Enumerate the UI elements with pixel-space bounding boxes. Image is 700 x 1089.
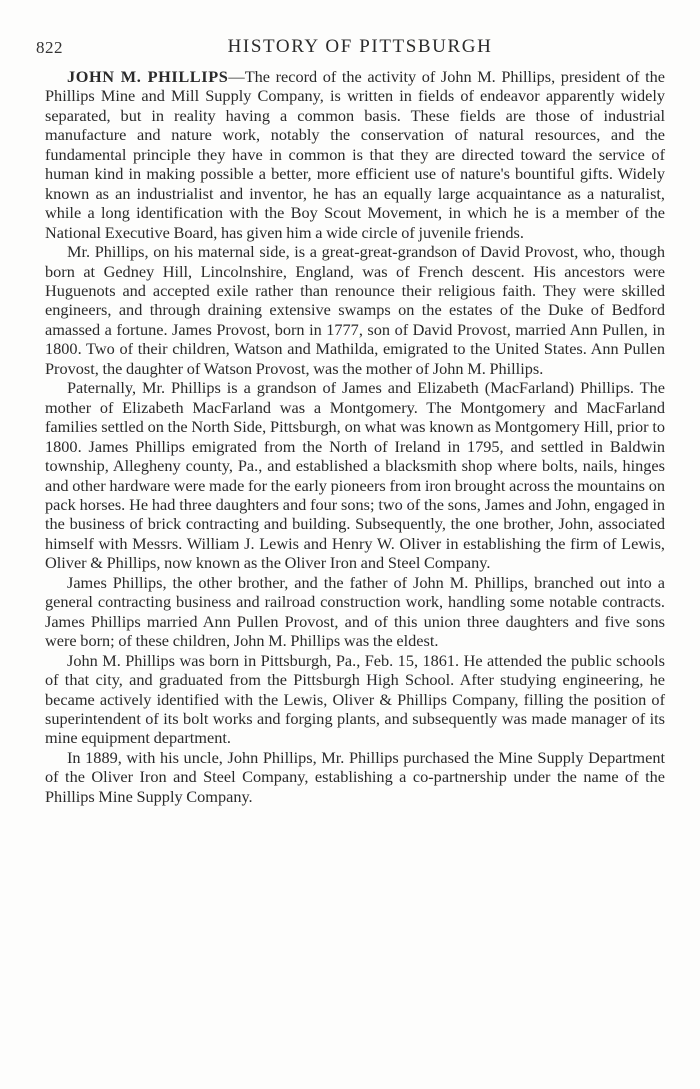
paragraph-intro: JOHN M. PHILLIPS—The record of the activ…: [45, 67, 665, 242]
paragraph-maternal-ancestry: Mr. Phillips, on his maternal side, is a…: [45, 242, 665, 378]
running-title: HISTORY OF PITTSBURGH: [28, 36, 672, 58]
paragraph-company-founding: In 1889, with his uncle, John Phillips, …: [45, 748, 665, 806]
paragraph-paternal-ancestry: Paternally, Mr. Phillips is a grandson o…: [45, 378, 665, 573]
subject-name: JOHN M. PHILLIPS: [67, 67, 228, 86]
running-head: 822 HISTORY OF PITTSBURGH: [28, 36, 672, 60]
paragraph-text: —The record of the activity of John M. P…: [45, 67, 665, 242]
paragraph-early-life: John M. Phillips was born in Pittsburgh,…: [45, 651, 665, 748]
article-body: JOHN M. PHILLIPS—The record of the activ…: [45, 67, 665, 806]
book-page: 822 HISTORY OF PITTSBURGH JOHN M. PHILLI…: [0, 0, 700, 1089]
paragraph-father: James Phillips, the other brother, and t…: [45, 573, 665, 651]
